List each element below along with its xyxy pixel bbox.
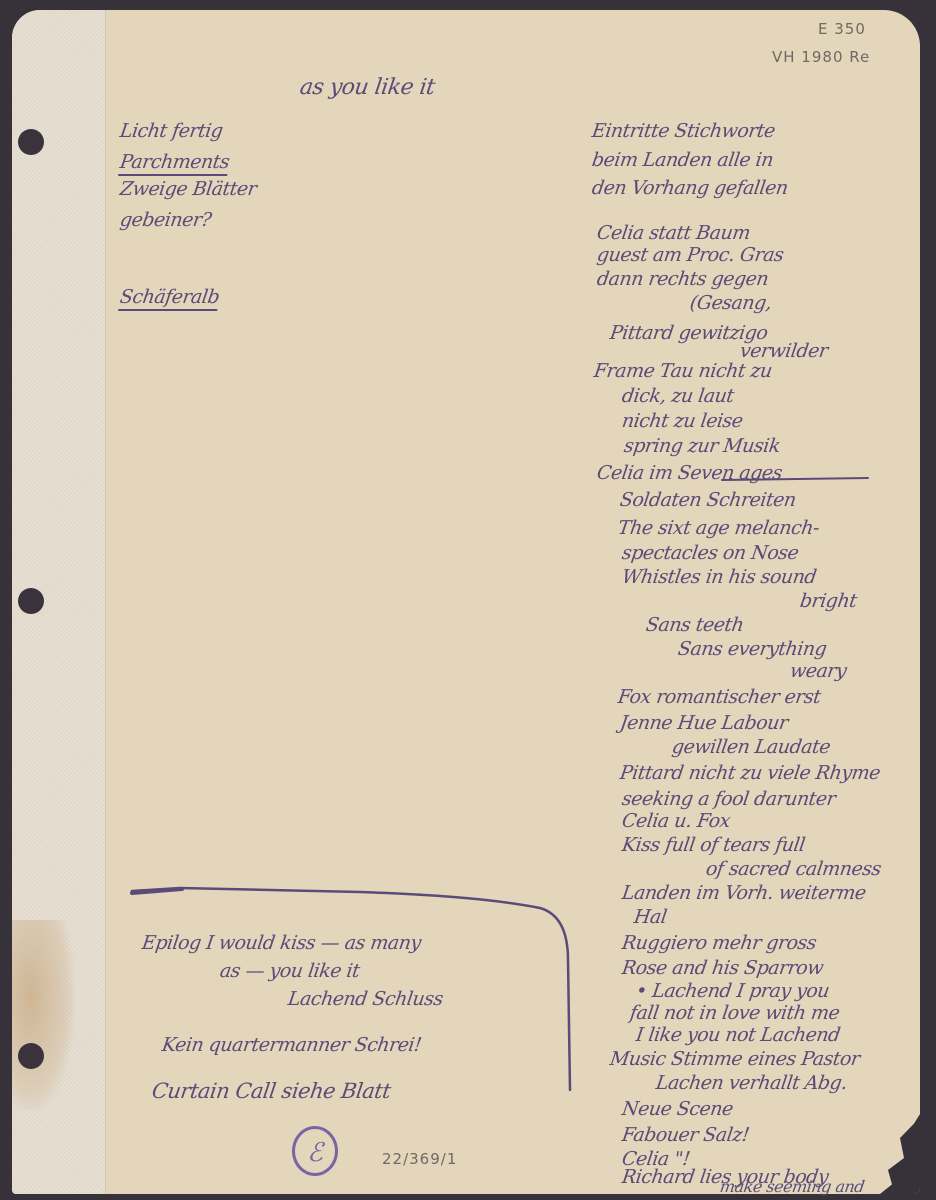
right-line: Celia im Seven ages	[596, 462, 784, 484]
punch-hole-top	[18, 129, 44, 155]
epilog-line: as — you like it	[218, 958, 361, 985]
archive-stamp: ℰ	[292, 1126, 338, 1176]
right-line: Neue Scene	[620, 1096, 735, 1123]
right-line: Pittard nicht zu viele Rhyme	[618, 760, 882, 787]
right-line: (Gesang,	[688, 290, 773, 317]
left-note: gebeiner?	[118, 207, 213, 234]
right-line: Eintritte Stichworte	[590, 118, 777, 145]
right-line: nicht zu leise	[620, 408, 744, 435]
page-title: as you like it	[298, 74, 436, 101]
right-line: spring zur Musik	[622, 433, 782, 460]
right-line: I like you not Lachend	[634, 1022, 842, 1049]
right-line: Ruggiero mehr gross	[620, 930, 818, 957]
right-line: The sixt age melanch-	[616, 515, 821, 542]
right-line: Hal	[632, 904, 668, 931]
shelfmark: 22/369/1	[382, 1150, 457, 1168]
punch-hole-bottom	[18, 1043, 44, 1069]
right-line: dann rechts gegen	[595, 266, 770, 293]
right-line: gewillen Laudate	[670, 734, 832, 761]
right-line: Frame Tau nicht zu	[592, 358, 774, 385]
left-note: Licht fertig	[118, 118, 224, 145]
right-line: Whistles in his sound	[620, 564, 818, 591]
right-line: bright	[798, 588, 858, 615]
right-line: Lachen verhallt Abg.	[654, 1070, 849, 1097]
water-stain	[12, 920, 74, 1110]
archive-mark-ref: VH 1980 Re	[772, 48, 870, 66]
right-line: Landen im Vorh. weiterme	[620, 880, 867, 907]
right-line: Soldaten Schreiten	[618, 487, 797, 514]
right-line: beim Landen alle in	[590, 147, 775, 174]
epilog-line: Lachend Schluss	[286, 986, 445, 1013]
right-line: Fabouer Salz!	[620, 1122, 751, 1149]
right-line: Kiss full of tears full	[620, 832, 807, 859]
right-line: spectacles on Nose	[620, 540, 800, 567]
right-line: make seeming and	[719, 1178, 866, 1196]
right-line: Music Stimme eines Pastor	[608, 1046, 861, 1073]
left-heading-underlined: Schäferalb	[118, 286, 221, 311]
right-line: Fox romantischer erst	[616, 684, 822, 711]
curtain-call-note: Curtain Call siehe Blatt	[150, 1078, 392, 1105]
right-line: weary	[788, 658, 848, 685]
right-line: Sans teeth	[644, 612, 745, 639]
punch-hole-middle	[18, 588, 44, 614]
left-note-underlined: Parchments	[118, 151, 231, 176]
right-line: den Vorhang gefallen	[590, 175, 789, 202]
right-line: dick, zu laut	[620, 383, 735, 410]
right-line: of sacred calmness	[704, 856, 883, 883]
left-note: Zweige Blätter	[118, 176, 258, 203]
archive-mark-code: E 350	[818, 20, 866, 38]
right-line: Celia u. Fox	[620, 808, 732, 835]
epilog-line: Kein quartermanner Schrei!	[160, 1032, 423, 1059]
epilog-line: Epilog I would kiss — as many	[140, 930, 422, 957]
right-line: Jenne Hue Labour	[618, 710, 789, 737]
right-line: guest am Proc. Gras	[595, 242, 785, 269]
